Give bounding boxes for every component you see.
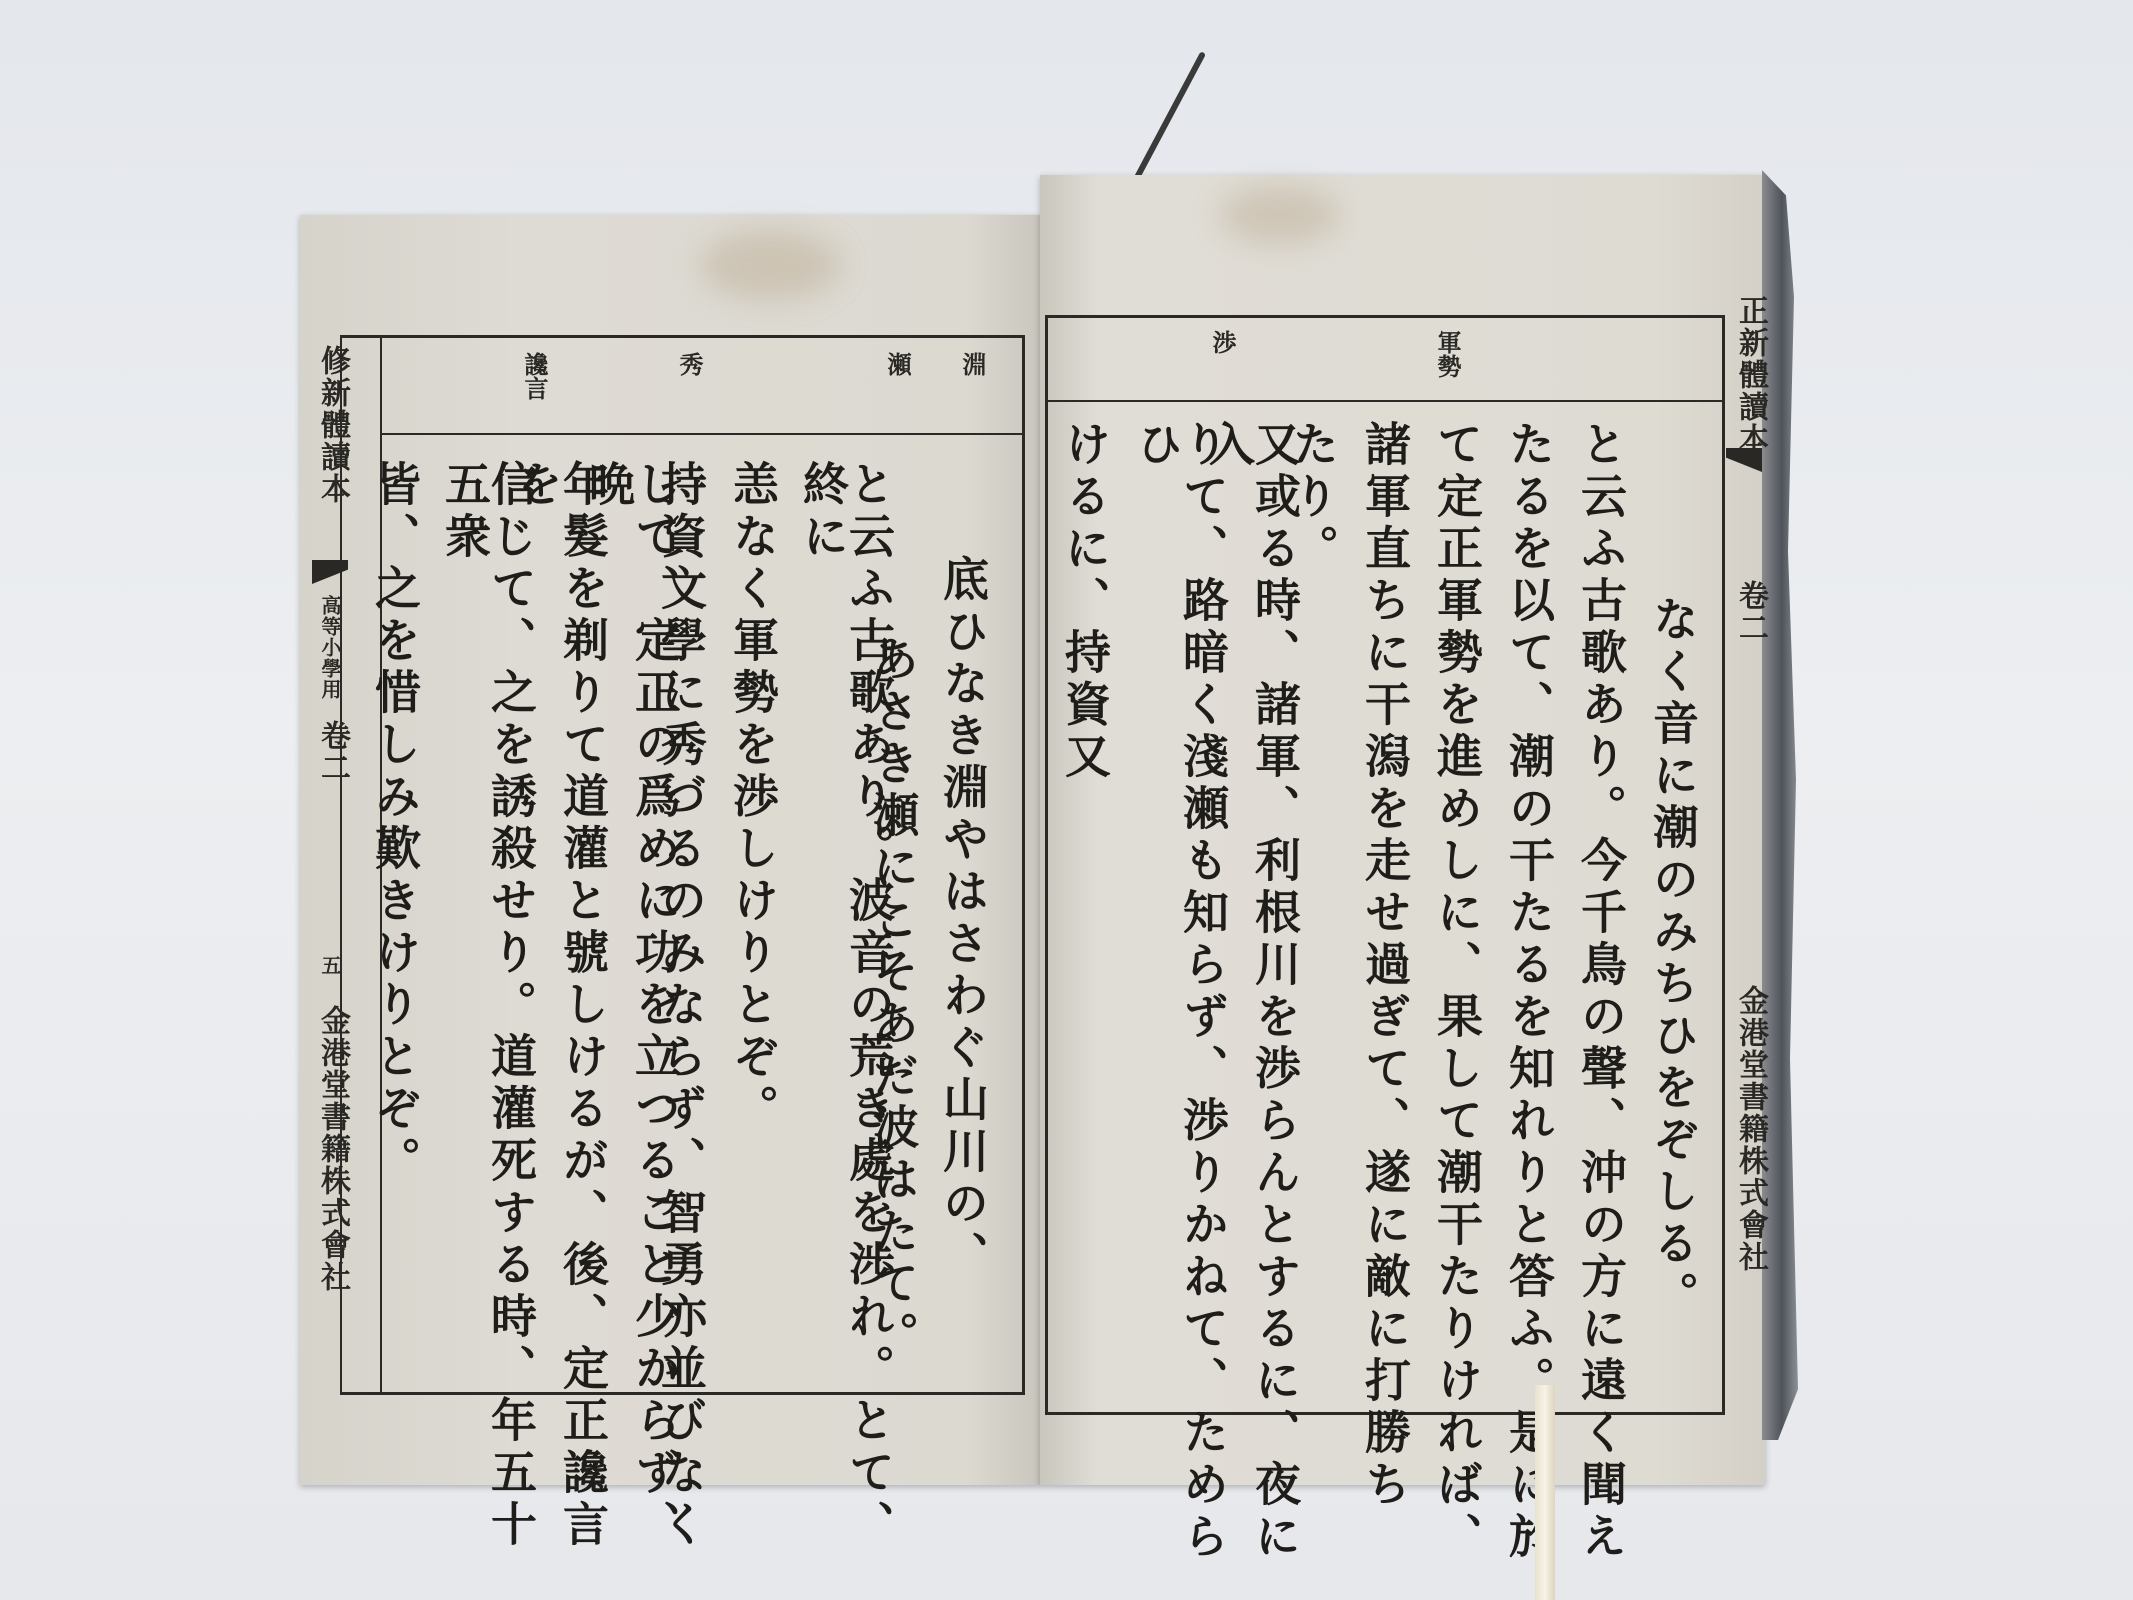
book-title: 修新體讀本 xyxy=(310,345,354,505)
text-column: りて、路暗く淺瀬も知らず、渉りかねて、ためらひ xyxy=(1134,420,1226,1600)
text-column: 皆、之を惜しみ歎きけりとぞ。 xyxy=(372,460,418,1188)
header-term: 淵 xyxy=(955,352,990,376)
header-term: 軍勢 xyxy=(1430,330,1465,378)
publisher: 金港堂書籍株式會社 xyxy=(310,1005,354,1293)
text-column: 底ひなき淵やはさわぐ山川の、 xyxy=(940,555,986,1283)
left-header-rule xyxy=(380,433,1025,435)
text-column: 信じて、之を誘殺せり。道灌死する時、年五十五衆 xyxy=(442,460,534,1600)
book-subtitle: 高等小學用 xyxy=(316,595,345,700)
text-column: と云ふ古歌あり。波音の荒き處を渉れ。とて、終に xyxy=(800,460,892,1600)
header-term: 讒言 xyxy=(517,352,552,400)
paper-stain xyxy=(1220,185,1340,245)
text-column: と云ふ古歌あり。今千鳥の聲、沖の方に遠く聞え xyxy=(1578,420,1624,1564)
paper-stain xyxy=(700,230,840,300)
right-hashira-rule xyxy=(1722,315,1724,1415)
right-header-rule xyxy=(1045,400,1722,402)
text-column: 諸軍直ちに干潟を走せ過ぎて、遂に敵に打勝ち xyxy=(1362,420,1408,1512)
header-term: 渉 xyxy=(1205,330,1240,354)
volume-label: 卷二 xyxy=(1728,580,1772,644)
text-column: けるに、持資又 xyxy=(1062,420,1108,784)
bookmark-stick xyxy=(1535,1385,1555,1600)
text-column: て定正軍勢を進めしに、果して潮干たりければ、 xyxy=(1434,420,1480,1564)
volume-label: 卷二 xyxy=(310,720,354,784)
header-term: 秀 xyxy=(672,352,707,376)
binding-thread xyxy=(1130,51,1206,186)
page-number: 五 xyxy=(316,955,345,976)
header-term: 瀬 xyxy=(880,352,915,376)
text-column: 恙なく軍勢を渉しけりとぞ。 xyxy=(730,460,776,1136)
book-title: 正新體讀本 xyxy=(1728,295,1772,455)
text-column: なく音に潮のみちひをぞしる。 xyxy=(1650,595,1696,1323)
publisher: 金港堂書籍株式會社 xyxy=(1728,985,1772,1273)
